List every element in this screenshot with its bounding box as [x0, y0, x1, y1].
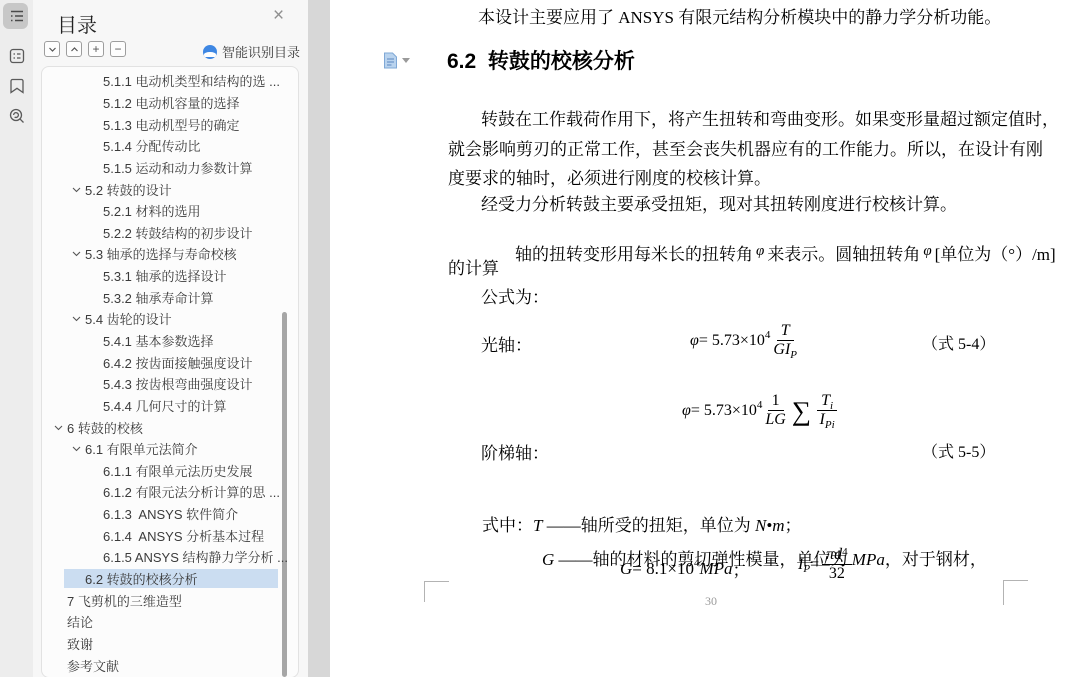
toc-list-box: 5.1.1 电动机类型和结构的选 ...5.1.2 电动机容量的选择5.1.3 …	[41, 66, 299, 677]
left-toolbar-rail	[0, 0, 33, 677]
paragraph-line: 的计算	[448, 254, 499, 279]
toc-item[interactable]: 5.4.4 几何尺寸的计算	[42, 395, 298, 417]
toc-panel-title: 目录	[57, 9, 97, 38]
caret-down-icon	[402, 58, 410, 63]
paragraph-line: 转鼓在工作载荷作用下，将产生扭转和弯曲变形。如果变形量超过额定值时，	[481, 105, 1059, 130]
fraction: 1 LG	[765, 392, 785, 430]
toc-item[interactable]: 6.1.5 ANSYS 结构静力学分析 ...	[42, 546, 298, 568]
collapse-all-button[interactable]: −	[110, 41, 126, 57]
paragraph-line: 度要求的轴时，必须进行刚度的校核计算。	[448, 164, 771, 189]
toc-item-label: 5.4.4 几何尺寸的计算	[103, 396, 227, 415]
toc-item[interactable]: 6.1.3 ANSYS 软件简介	[42, 503, 298, 525]
toc-item[interactable]: 5.3.1 轴承的选择设计	[42, 265, 298, 287]
sigma-symbol: ∑	[792, 396, 811, 427]
equation-G: G = 8.1×104 MPa；	[620, 556, 750, 581]
toc-item-label: 6.1.4 ANSYS 分析基本过程	[103, 526, 264, 545]
pdf-reader-window: 目录 × + − 智能识别目录 5.1.1 电动机类型和结构的选 ...5.1.…	[0, 0, 1092, 677]
equation-tag: （式 5-4）	[922, 331, 995, 354]
toc-item[interactable]: 5.1.3 电动机型号的确定	[42, 113, 298, 135]
page-number: 30	[330, 594, 1092, 609]
toc-item[interactable]: 参考文献	[42, 654, 298, 676]
toc-item-label: 6 转鼓的校核	[67, 418, 143, 437]
toc-item-label: 5.2.1 材料的选用	[103, 201, 201, 220]
fraction: T GIP	[773, 322, 797, 360]
toc-item[interactable]: 6.1 有限单元法简介	[42, 438, 298, 460]
fraction: Ti IPi	[817, 392, 837, 430]
toc-item[interactable]: 5.1.5 运动和动力参数计算	[42, 157, 298, 179]
toc-item[interactable]: 5.2.1 材料的选用	[42, 200, 298, 222]
toc-item-label: 6.2 转鼓的校核分析	[85, 569, 198, 588]
toc-item[interactable]: 6.4.2 按齿面接触强度设计	[42, 351, 298, 373]
toc-item[interactable]: 致谢	[42, 633, 298, 655]
toc-item[interactable]: 6.2 转鼓的校核分析	[42, 568, 298, 590]
toc-item-label: 5.1.5 运动和动力参数计算	[103, 158, 253, 177]
toc-item-label: 5.4.1 基本参数选择	[103, 331, 214, 350]
toc-item[interactable]: 6 转鼓的校核	[42, 416, 298, 438]
toc-item[interactable]: 5.3 轴承的选择与寿命校核	[42, 243, 298, 265]
ai-sphere-icon	[203, 45, 217, 59]
toc-item-label: 5.1.1 电动机类型和结构的选 ...	[103, 71, 280, 90]
toc-item-label: 5.2 转鼓的设计	[85, 180, 172, 199]
equation-tag: （式 5-5）	[922, 439, 995, 462]
toc-item-label: 6.1 有限单元法简介	[85, 439, 198, 458]
toc-item-label: 致谢	[67, 634, 93, 653]
toc-item-label: 5.3.1 轴承的选择设计	[103, 266, 227, 285]
toc-item[interactable]: 结论	[42, 611, 298, 633]
notes-icon[interactable]	[7, 46, 27, 66]
chevron-down-icon[interactable]	[72, 185, 85, 194]
toc-panel: 目录 × + − 智能识别目录 5.1.1 电动机类型和结构的选 ...5.1.…	[33, 0, 308, 677]
phi-symbol: φ	[756, 243, 764, 259]
paragraph-line: 公式为：	[481, 283, 549, 308]
toc-item-label: 6.1.5 ANSYS 结构静力学分析 ...	[103, 547, 288, 566]
chevron-down-icon[interactable]	[72, 249, 85, 258]
collapse-up-button[interactable]	[66, 41, 82, 57]
paragraph-line: 就会影响剪刃的正常工作，甚至会丧失机器应有的工作能力。所以，在设计有刚	[448, 135, 1043, 160]
document-area: 本设计主要应用了 ANSYS 有限元结构分析模块中的静力学分析功能。 6.2 转…	[308, 0, 1092, 677]
chevron-down-icon[interactable]	[54, 423, 67, 432]
toc-item[interactable]: 5.4.3 按齿根弯曲强度设计	[42, 373, 298, 395]
toc-scrollbar[interactable]	[282, 312, 287, 677]
smart-recognize-toc-button[interactable]: 智能识别目录	[203, 42, 300, 61]
toc-item-label: 5.3 轴承的选择与寿命校核	[85, 244, 237, 263]
paragraph-tool-button[interactable]	[383, 52, 410, 69]
fraction: πd4 32	[822, 546, 852, 584]
toc-item-label: 参考文献	[67, 656, 119, 675]
toc-item-label: 6.1.3 ANSYS 软件简介	[103, 504, 238, 523]
equation-label: 阶梯轴：	[481, 439, 549, 464]
paragraph-line: 经受力分析转鼓主要承受扭矩，现对其扭转刚度进行校核计算。	[481, 190, 957, 215]
equation-5-4: φ = 5.73×104 T GIP	[690, 322, 800, 360]
chevron-down-icon[interactable]	[72, 314, 85, 323]
toc-item-label: 5.4 齿轮的设计	[85, 309, 172, 328]
toc-item[interactable]: 5.2 转鼓的设计	[42, 178, 298, 200]
equation-Ip: IP = πd4 32	[798, 546, 855, 584]
toc-item-label: 5.1.2 电动机容量的选择	[103, 93, 240, 112]
toc-item[interactable]: 5.1.4 分配传动比	[42, 135, 298, 157]
paragraph-intro: 本设计主要应用了 ANSYS 有限元结构分析模块中的静力学分析功能。	[478, 3, 1001, 28]
toc-item[interactable]: 5.4.1 基本参数选择	[42, 330, 298, 352]
toc-item[interactable]: 6.1.2 有限元法分析计算的思 ...	[42, 481, 298, 503]
toc-item[interactable]: 7 飞剪机的三维造型	[42, 589, 298, 611]
equation-label: 光轴：	[481, 331, 532, 356]
toc-item-label: 6.1.1 有限单元法历史发展	[103, 461, 253, 480]
toc-item-label: 5.3.2 轴承寿命计算	[103, 288, 214, 307]
document-page: 本设计主要应用了 ANSYS 有限元结构分析模块中的静力学分析功能。 6.2 转…	[330, 0, 1092, 677]
toc-icon[interactable]	[7, 6, 27, 26]
toc-item[interactable]: 5.4 齿轮的设计	[42, 308, 298, 330]
blue-doc-icon	[383, 52, 398, 69]
toc-item-label: 5.4.3 按齿根弯曲强度设计	[103, 374, 253, 393]
toc-item[interactable]: 6.1.4 ANSYS 分析基本过程	[42, 524, 298, 546]
toc-item-label: 5.1.4 分配传动比	[103, 136, 201, 155]
search-icon[interactable]	[7, 106, 27, 126]
toc-item-label: 5.2.2 转鼓结构的初步设计	[103, 223, 253, 242]
toc-item[interactable]: 6.1.1 有限单元法历史发展	[42, 460, 298, 482]
toc-item-label: 结论	[67, 612, 93, 631]
expand-all-button[interactable]: +	[88, 41, 104, 57]
bookmark-icon[interactable]	[7, 76, 27, 96]
section-heading: 6.2 转鼓的校核分析	[447, 45, 635, 75]
paragraph-line-with-phi: 轴的扭转变形用每米长的扭转角φ来表示。圆轴扭转角φ[单位为（°）/m]	[481, 220, 1056, 285]
toc-item[interactable]: 5.3.2 轴承寿命计算	[42, 286, 298, 308]
chevron-down-icon[interactable]	[72, 444, 85, 453]
toc-item-label: 7 飞剪机的三维造型	[67, 591, 182, 610]
toc-item[interactable]: 5.1.1 电动机类型和结构的选 ...	[42, 70, 298, 92]
smart-recognize-label: 智能识别目录	[222, 42, 300, 61]
expand-down-button[interactable]	[44, 41, 60, 57]
toc-item-label: 5.1.3 电动机型号的确定	[103, 115, 240, 134]
toc-list: 5.1.1 电动机类型和结构的选 ...5.1.2 电动机容量的选择5.1.3 …	[42, 70, 298, 676]
toc-item[interactable]: 5.1.2 电动机容量的选择	[42, 92, 298, 114]
close-icon[interactable]: ×	[273, 6, 284, 25]
phi-symbol: φ	[923, 243, 931, 259]
equation-5-5: φ = 5.73×104 1 LG ∑ Ti IPi	[682, 392, 840, 430]
toc-item-label: 6.4.2 按齿面接触强度设计	[103, 353, 253, 372]
toc-item[interactable]: 5.2.2 转鼓结构的初步设计	[42, 221, 298, 243]
toc-item-label: 6.1.2 有限元法分析计算的思 ...	[103, 482, 280, 501]
